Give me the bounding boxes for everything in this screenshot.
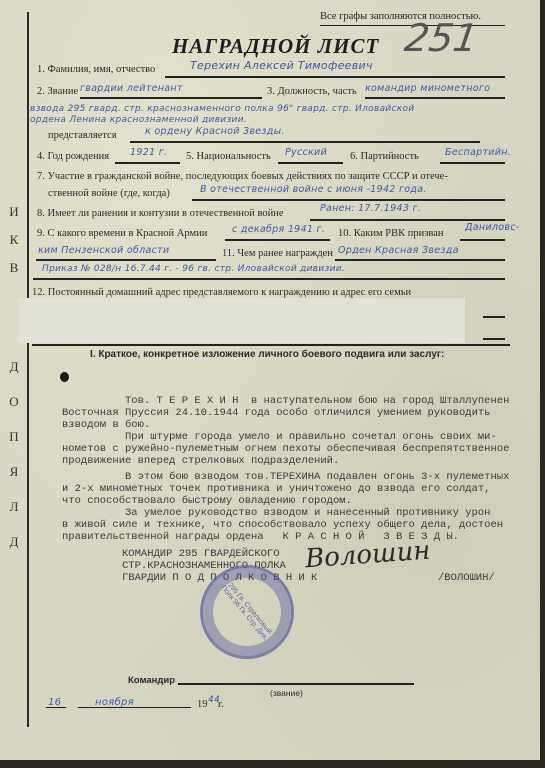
- field-7-label: 7. Участие в гражданской войне, последую…: [37, 171, 448, 182]
- field-8-label: 8. Имеет ли ранения и контузии в отечест…: [37, 208, 283, 219]
- field-7-value: В отечественной войне с июня -1942 года.: [200, 184, 427, 195]
- section-divider: [32, 344, 510, 346]
- field-9-line: [225, 239, 330, 241]
- feat-line: За умелое руководство взводом и нанесенн…: [62, 507, 490, 519]
- field-1-label: 1. Фамилия, имя, отчество: [37, 64, 155, 75]
- field-4-label: 4. Год рождения: [37, 151, 109, 162]
- field-10-value: Даниловс-: [465, 222, 519, 233]
- rank-caption: (звание): [270, 688, 303, 698]
- presented-value: к ордену Красной Звезды.: [145, 126, 285, 137]
- date-year-end: г.: [218, 699, 224, 710]
- field-9-label: 9. С какого времени в Красной Армии: [37, 228, 207, 239]
- field-7-label-cont: ственной войне (где, когда): [48, 188, 170, 199]
- field-11-label: 11. Чем ранее награжден: [222, 248, 333, 259]
- commander-line: [178, 683, 414, 685]
- field-9-value: с декабря 1941 г.: [232, 224, 325, 235]
- field-10-value-cont: ким Пензенской области: [38, 245, 169, 256]
- date-year-prefix: 19: [197, 699, 208, 710]
- field-1-line: [165, 76, 505, 78]
- feat-line: продвижение вперед стрелковых подразделе…: [62, 455, 339, 467]
- field-3-value-cont: ордена Ленина краснознаменной дивизии.: [30, 115, 247, 125]
- presented-line: [130, 141, 480, 143]
- margin-letter: Д: [6, 360, 22, 373]
- margin-rule: [27, 12, 29, 727]
- field-2-line: [80, 97, 262, 99]
- field-6-line: [440, 162, 505, 164]
- margin-letter: К: [6, 233, 22, 246]
- sheet-number: 251: [402, 16, 481, 60]
- field-3-label: 3. Должность, часть: [267, 86, 357, 97]
- margin-letter: Я: [6, 465, 22, 478]
- field-4-value: 1921 г.: [130, 147, 167, 158]
- field-2-value: гвардии лейтенант: [80, 83, 183, 94]
- field-12-line: [483, 316, 505, 318]
- field-11-line: [335, 259, 505, 261]
- redacted-address: [18, 298, 465, 343]
- field-5-label: 5. Национальность: [186, 151, 271, 162]
- feat-line: в живой силе и технике, что способствова…: [62, 519, 503, 531]
- presented-label: представляется: [48, 130, 117, 141]
- field-8-line: [310, 219, 505, 221]
- feat-line: нометов с ружейно-пулеметным огнем пехот…: [62, 443, 509, 455]
- field-3-value-cont: взвода 295 гвард. стр. краснознаменного …: [30, 104, 415, 114]
- margin-letter: Л: [6, 500, 22, 513]
- margin-letter: П: [6, 430, 22, 443]
- field-12-label: 12. Постоянный домашний адрес представля…: [32, 287, 411, 298]
- field-10-line-cont: [36, 259, 216, 261]
- field-3-line: [365, 97, 505, 99]
- margin-letter: Д: [6, 535, 22, 548]
- page-title: НАГРАДНОЙ ЛИСТ: [172, 34, 379, 59]
- signatory-line: КОМАНДИР 295 ГВАРДЕЙСКОГО: [122, 548, 280, 560]
- margin-letter: И: [6, 205, 22, 218]
- field-5-line: [278, 162, 343, 164]
- field-11-value: Орден Красная Звезда: [338, 245, 459, 256]
- feat-line: В этом бою взводом тов.ТЕРЕХИНА подавлен…: [62, 471, 509, 483]
- field-7-line: [192, 199, 505, 201]
- date-day-line: [46, 707, 66, 708]
- margin-letter: В: [6, 261, 22, 274]
- stamp-text: 295 Гв. Стрелковый Полк 96 Гв. Стр. Див.: [218, 579, 275, 643]
- commander-label: Командир: [128, 675, 175, 686]
- feat-line: что способствовало быстрому овладению го…: [62, 495, 352, 507]
- feat-line: Тов. Т Е Р Е Х И Н в наступательном бою …: [62, 395, 509, 407]
- field-11-value-cont: Приказ № 028/н 16.7.44 г. - 96 гв. стр. …: [42, 264, 345, 274]
- field-10-label: 10. Каким РВК призван: [338, 228, 443, 239]
- field-5-value: Русский: [285, 147, 327, 158]
- punch-hole: [60, 372, 69, 382]
- field-1-value: Терехин Алексей Тимофеевич: [190, 59, 373, 72]
- field-2-label: 2. Звание: [37, 86, 78, 97]
- feat-line: Восточная Пруссия 24.10.1944 года особо …: [62, 407, 490, 419]
- award-sheet: И К В Д О П Я Л Д Все графы заполняются …: [0, 0, 540, 760]
- date-month-line: [78, 707, 191, 708]
- section-1-title: I. Краткое, конкретное изложение личного…: [90, 349, 444, 360]
- field-6-label: 6. Партийность: [350, 151, 419, 162]
- field-6-value: Беспартийн.: [445, 147, 511, 158]
- signatory-name: /ВОЛОШИН/: [438, 572, 495, 584]
- field-10-line: [460, 239, 505, 241]
- feat-line: взводом в бою.: [62, 419, 150, 431]
- field-11-line-cont: [33, 278, 505, 280]
- feat-line: При штурме города умело и правильно соче…: [62, 431, 497, 443]
- field-3-value: командир минометного: [365, 83, 490, 94]
- unit-stamp: 295 Гв. Стрелковый Полк 96 Гв. Стр. Див.: [200, 565, 294, 659]
- field-8-value: Ранен: 17.7.1943 г.: [320, 203, 421, 214]
- field-4-line: [115, 162, 180, 164]
- feat-line: и 2-х минометных точек противника и унич…: [62, 483, 490, 495]
- margin-letter: О: [6, 395, 22, 408]
- field-12-line: [483, 338, 505, 340]
